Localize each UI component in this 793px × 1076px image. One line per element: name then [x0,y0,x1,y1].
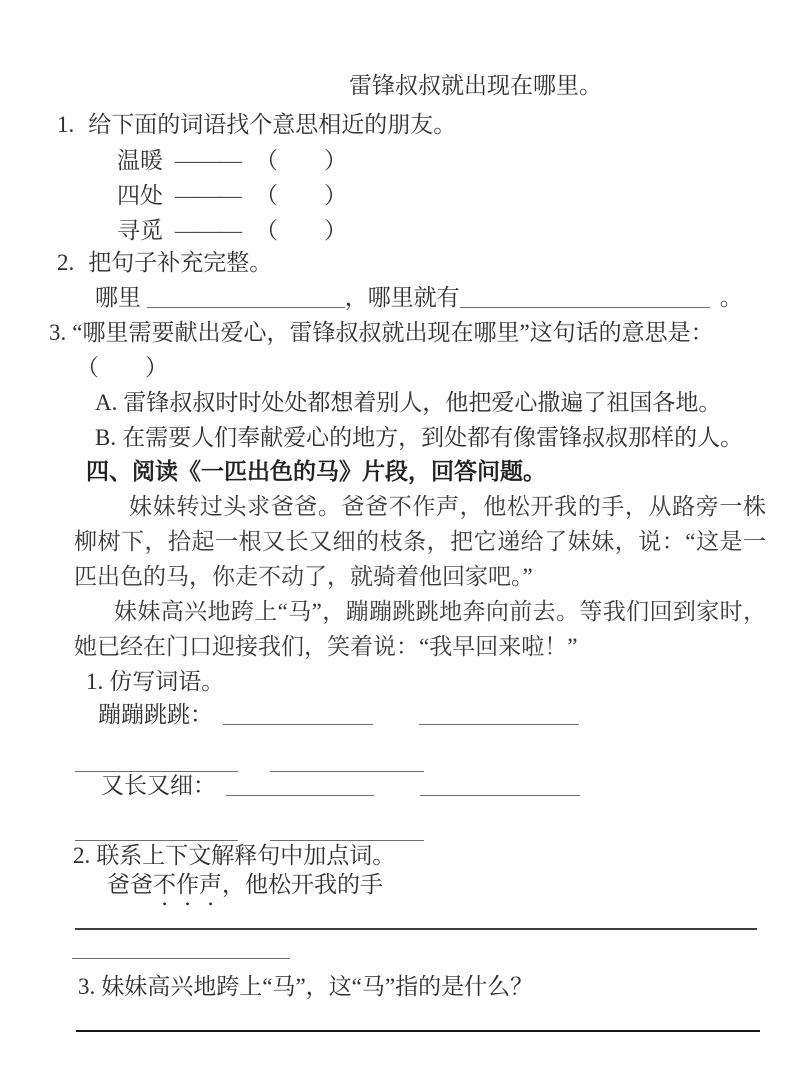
sentence-post: ，他松开我的手 [222,872,383,897]
option-a-label: A. [95,389,117,417]
imitate-blank [419,702,579,725]
question-1-prompt: 给下面的词语找个意思相近的朋友。 [88,112,456,137]
synonym-dash: ——— [175,147,241,175]
sub-question-3-prompt: 妹妹高兴地跨上“马”，这“马”指的是什么？ [101,974,533,999]
sentence-pre: 爸爸 [107,872,153,897]
imitate-word-2: 又长又细： [101,773,216,798]
question-2-prompt: 把句子补充完整。 [88,250,272,275]
imitate-row-2: 又长又细： [101,772,580,800]
fill-end: 。 [720,285,743,310]
carryover-text: 雷锋叔叔就出现在哪里。 [349,72,602,100]
sub-question-1-number: 1. [86,668,103,696]
synonym-word-2: 四处 [117,183,163,208]
synonym-row-2: 四处———（ ） [117,182,347,210]
passage-paragraph-1: 妹妹转过头求爸爸。爸爸不作声，他松开我的手，从路旁一株柳树下，拾起一根又长又细的… [74,489,766,594]
imitate-blank [226,773,374,796]
fill-pre: 哪里 [95,285,141,310]
question-2: 2.把句子补充完整。 [57,249,272,277]
paren-open: （ [255,148,278,173]
imitate-blank [75,838,238,841]
sub-question-2-prompt: 联系上下文解释句中加点词。 [96,843,395,868]
option-b: B.在需要人们奉献爱心的地方，到处都有像雷锋叔叔那样的人。 [95,424,743,452]
synonym-word-1: 温暖 [117,148,163,173]
sentence-dotted-emphasis: 不作声 [153,872,222,897]
sub-question-1-prompt: 仿写词语。 [109,669,224,694]
paren-close: ） [324,218,347,243]
option-b-label: B. [95,424,116,452]
dotted-sentence: 爸爸不作声，他松开我的手 [107,871,383,911]
question-2-number: 2. [57,249,74,277]
paren-open: （ [255,183,278,208]
answer-line-long-2 [76,1030,760,1032]
paren-gap [278,218,324,243]
synonym-row-3: 寻觅———（ ） [117,217,347,245]
imitate-row-1: 蹦蹦跳跳： [98,701,579,729]
imitate-word-1: 蹦蹦跳跳： [98,702,213,727]
answer-line-long-1 [75,928,757,930]
paren-gap [278,148,324,173]
synonym-word-3: 寻觅 [117,218,163,243]
passage-paragraph-2: 妹妹高兴地跨上“马”，蹦蹦跳跳地奔向前去。等我们回到家时，她已经在门口迎接我们，… [74,594,766,664]
fill-blank-1 [147,285,345,308]
section-4-heading: 四、阅读《一匹出色的马》片段，回答问题。 [86,458,546,486]
answer-paren: （ ） [76,354,168,382]
paren-gap [278,183,324,208]
synonym-dash: ——— [175,217,241,245]
paren-close: ） [324,148,347,173]
fill-sentence: 哪里 ，哪里就有。 [95,284,743,312]
option-b-text: 在需要人们奉献爱心的地方，到处都有像雷锋叔叔那样的人。 [122,425,743,450]
fill-blank-2 [460,285,710,308]
paren-open: （ [255,218,278,243]
imitate-blank [223,702,373,725]
sub-question-1: 1.仿写词语。 [86,668,224,696]
option-a: A.雷锋叔叔时时处处都想着别人，他把爱心撒遍了祖国各地。 [95,389,721,417]
sub-question-3-number: 3. [78,973,95,1001]
sub-question-2: 2.联系上下文解释句中加点词。 [73,842,395,870]
question-3-number: 3. [49,319,66,347]
synonym-dash: ——— [175,182,241,210]
question-3-prompt: “哪里需要献出爱心，雷锋叔叔就出现在哪里”这句话的意思是： [72,320,713,345]
fill-mid: ，哪里就有 [345,285,460,310]
question-3: 3.“哪里需要献出爱心，雷锋叔叔就出现在哪里”这句话的意思是： [49,319,714,347]
sub-question-2-number: 2. [73,842,90,870]
worksheet-page: 雷锋叔叔就出现在哪里。 1.给下面的词语找个意思相近的朋友。 温暖———（ ） … [0,0,793,1076]
sub-question-3: 3.妹妹高兴地跨上“马”，这“马”指的是什么？ [78,973,533,1001]
answer-line-short [72,958,290,959]
option-a-text: 雷锋叔叔时时处处都想着别人，他把爱心撒遍了祖国各地。 [123,390,721,415]
imitate-blank [420,773,580,796]
question-1-number: 1. [57,111,74,139]
question-1: 1.给下面的词语找个意思相近的朋友。 [57,111,456,139]
imitate-blank [270,838,424,841]
synonym-row-1: 温暖———（ ） [117,147,347,175]
paren-close: ） [324,183,347,208]
